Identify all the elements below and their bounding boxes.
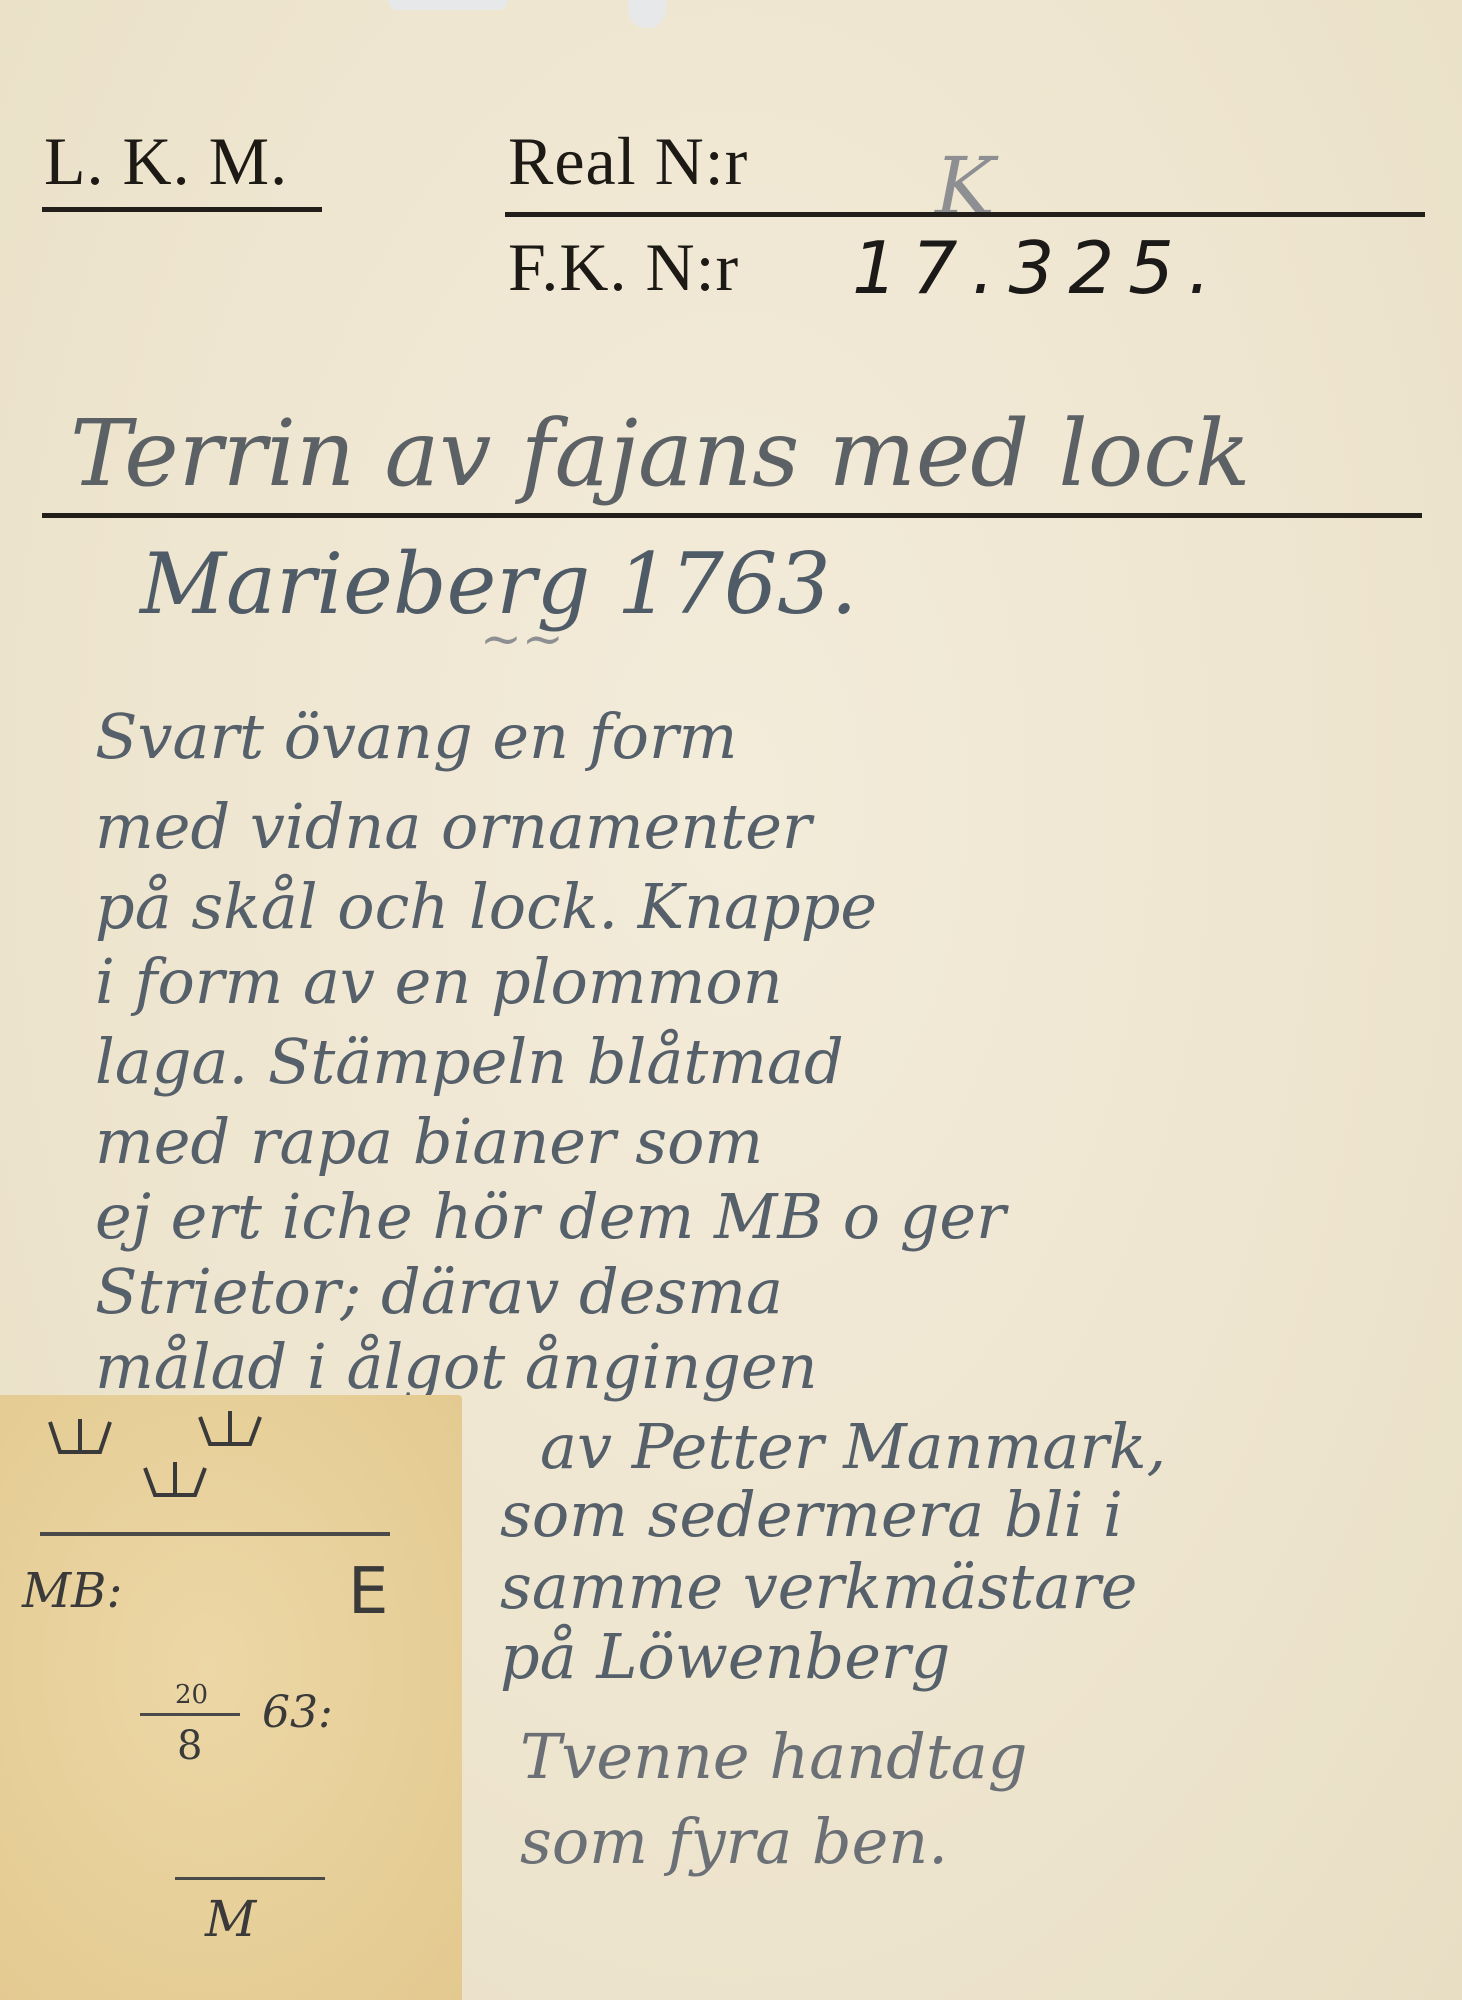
- description-line: Strietor; därav desma: [95, 1255, 783, 1328]
- date-denominator: 8: [177, 1723, 202, 1769]
- object-title: Terrin av fajans med lock: [70, 400, 1251, 507]
- tear-gap: [628, 0, 666, 28]
- real-nr-value: K: [935, 140, 995, 233]
- description-line: av Petter Manmark,: [540, 1410, 1166, 1483]
- description-line: samme verkmästare: [500, 1550, 1137, 1623]
- real-nr-label: Real N:r: [508, 122, 748, 201]
- description-line: med vidna ornamenter: [95, 790, 812, 863]
- museum-catalog-card: L. K. M. Real N:r K F.K. N:r 17.325. Ter…: [0, 0, 1462, 2000]
- crown-icon: [45, 1417, 115, 1457]
- institution-label: L. K. M.: [44, 122, 288, 201]
- description-line: på Löwenberg: [500, 1620, 950, 1693]
- description-line: på skål och lock. Knappe: [95, 870, 877, 943]
- description-line: ej ert iche hör dem MB o ger: [95, 1180, 1006, 1253]
- crown-icon: [195, 1409, 265, 1449]
- description-line: målad i ålgot ångingen: [95, 1330, 818, 1403]
- mark-e: E: [348, 1555, 388, 1629]
- fraction-bar: [140, 1713, 240, 1716]
- header-divider: [505, 212, 1425, 217]
- description-line: som fyra ben.: [520, 1805, 948, 1878]
- title-divider: [42, 513, 1422, 518]
- scribble-mark: ~~: [480, 610, 564, 668]
- torn-top-edge: [0, 0, 1462, 40]
- description-line: Svart övang en form: [95, 700, 737, 773]
- fk-nr-label: F.K. N:r: [508, 228, 739, 307]
- fk-nr-value: 17.325.: [852, 226, 1225, 310]
- description-line: i form av en plommon: [95, 945, 783, 1018]
- tear-gap: [388, 0, 508, 10]
- description-line: laga. Stämpeln blåtmad: [95, 1025, 844, 1098]
- signature-mark: M: [205, 1890, 256, 1948]
- date-year: 63:: [262, 1687, 333, 1738]
- description-line: med rapa bianer som: [95, 1105, 763, 1178]
- description-line: som sedermera bli i: [500, 1478, 1123, 1551]
- crown-icon: [140, 1460, 210, 1500]
- label-divider: [40, 1532, 390, 1536]
- institution-underline: [42, 207, 322, 212]
- factory-mark-label: MB: E 20 8 63: M: [0, 1395, 462, 2000]
- signature-rule: [175, 1877, 325, 1880]
- description-line: Tvenne handtag: [520, 1720, 1027, 1793]
- date-numerator: 20: [175, 1680, 208, 1710]
- mark-mb: MB:: [22, 1563, 123, 1619]
